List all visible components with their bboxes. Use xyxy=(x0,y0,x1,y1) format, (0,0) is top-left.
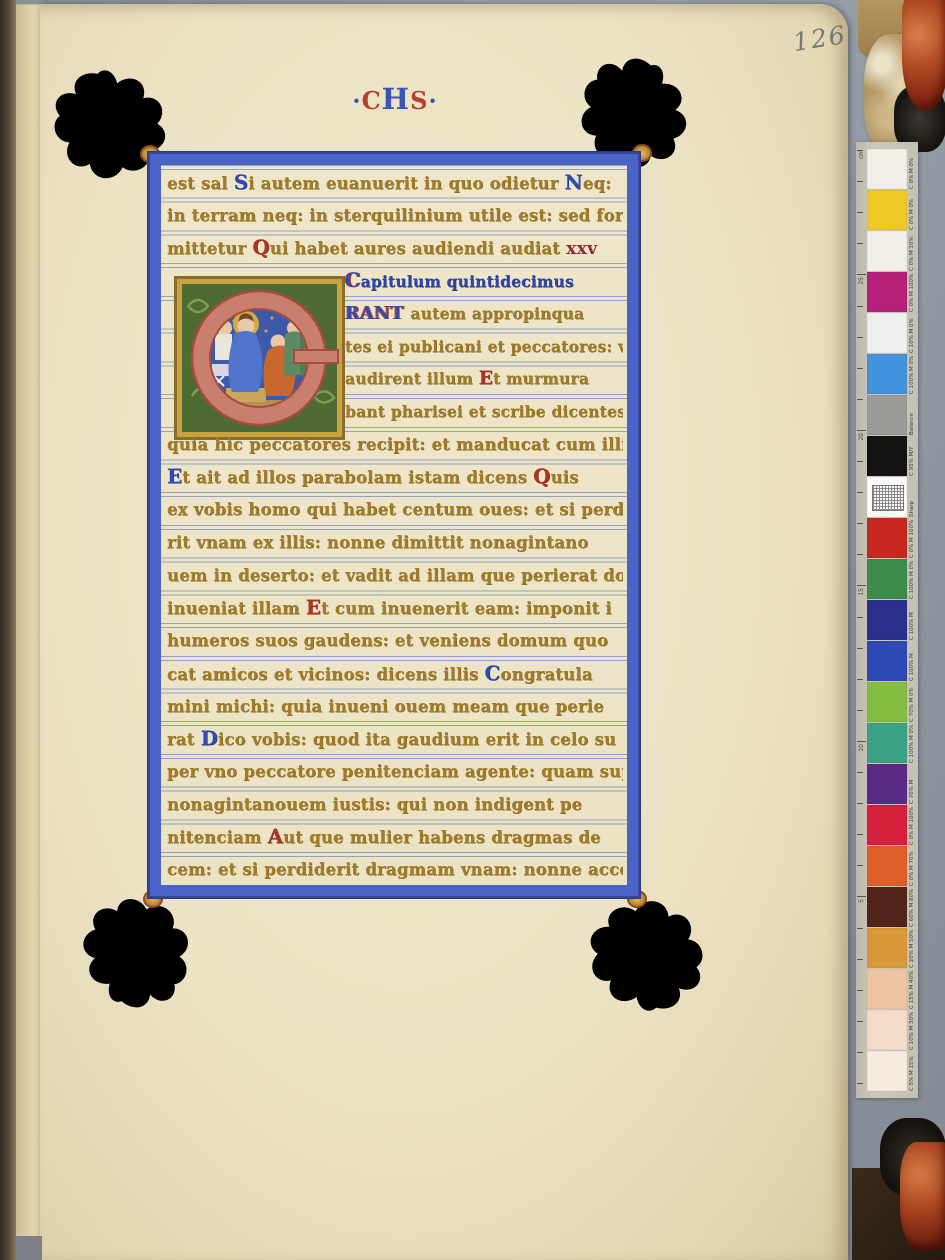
colorbar-swatch xyxy=(867,641,907,681)
manuscript-line: per vno peccatore penitenciam agente: qu… xyxy=(167,754,623,789)
text-segment: cat amicos et vicinos: dicens illis xyxy=(167,665,484,684)
colorbar-patch-row: C 95% M/Y 90% xyxy=(867,436,918,476)
ruler-tick xyxy=(857,679,863,680)
ruler-tick xyxy=(857,243,863,244)
chs-monogram: ·CHS· xyxy=(330,82,460,116)
ruler-tick xyxy=(857,150,863,151)
illuminated-initial: RANT xyxy=(345,303,410,324)
illuminated-initial: A xyxy=(268,824,284,848)
ruler-tick xyxy=(857,990,863,991)
sharpness-grid xyxy=(872,485,904,511)
manuscript-line: in terram neq: in sterquilinium utile es… xyxy=(167,198,623,233)
illuminated-initial: Q xyxy=(252,235,269,259)
illuminated-initial: E xyxy=(479,368,493,389)
colorbar-patch-label: C 0% M 0% xyxy=(908,149,918,189)
ruler-number: 15 xyxy=(858,588,865,596)
colorbar-swatch xyxy=(867,928,907,968)
ruler-number: 5 xyxy=(858,899,865,903)
colorbar-patch-row: C 5% M 15% xyxy=(867,1051,918,1091)
colorbar-swatch xyxy=(867,559,907,599)
colorbar-patch-row: C 70% M 100% xyxy=(867,764,918,804)
illuminated-initial: E xyxy=(306,595,321,619)
manuscript-line: rit vnam ex illis: nonne dimittit nonagi… xyxy=(167,525,623,560)
colorbar-patch-row: Balance xyxy=(867,395,918,435)
manuscript-line: bant pharisei et scribe dicentes: xyxy=(345,394,623,429)
ruler-tick xyxy=(857,865,863,866)
colorbar-swatch xyxy=(867,436,907,476)
colorbar-patch-label: C 100% M 0% xyxy=(908,723,918,763)
ruler-tick xyxy=(857,337,863,338)
colorbar-swatch xyxy=(867,723,907,763)
colorbar-patch-row: C 0% M 100% xyxy=(867,272,918,312)
colorbar-swatch xyxy=(867,1010,907,1050)
ruler-number: 25 xyxy=(858,277,865,285)
text-segment: nitenciam xyxy=(167,828,268,847)
text-segment: mini michi: quia inueni ouem meam que pe… xyxy=(167,697,604,716)
ruler-tick xyxy=(857,554,863,555)
illuminated-initial: C xyxy=(345,269,361,292)
colorbar-patch-label: C 0% M 70% xyxy=(908,846,918,886)
manuscript-line: RANT autem appropinqua xyxy=(345,296,623,331)
manuscript-line: Et ait ad illos parabolam istam dicens Q… xyxy=(167,459,623,494)
colorbar-patch-label: C 0% M 100% xyxy=(908,805,918,845)
ruler-tick xyxy=(857,648,863,649)
text-segment: ex vobis homo qui habet centum oues: et … xyxy=(167,500,623,519)
illuminated-initial: xxv xyxy=(566,239,597,259)
monogram-letter: · xyxy=(428,86,437,115)
colorbar-patch-label: C 100% M 100% xyxy=(908,600,918,640)
ruler-tick xyxy=(857,741,866,742)
colorbar-patch-row: C 100% M 0% xyxy=(867,559,918,599)
ruler-tick xyxy=(857,430,866,431)
monogram-letter: H xyxy=(382,82,410,116)
ruler-tick xyxy=(857,710,863,711)
colorbar-swatch xyxy=(867,1051,907,1091)
ruler-tick xyxy=(857,274,866,275)
blue-text-frame: est sal Si autem euanuerit in quo odietu… xyxy=(148,152,640,898)
text-segment: uem in deserto: et vadit ad illam que pe… xyxy=(167,566,623,585)
colorbar-swatch xyxy=(867,313,907,353)
glass-weight-top xyxy=(902,0,945,110)
colorbar-patch-row: C 20% M 50% xyxy=(867,928,918,968)
colorbar-patch-row: C 0% M 100% xyxy=(867,805,918,845)
ruler-tick xyxy=(857,896,866,897)
manuscript-line: cat amicos et vicinos: dicens illis Cong… xyxy=(167,656,623,691)
manuscript-line: nitenciam Aut que mulier habens dragmas … xyxy=(167,819,623,854)
text-segment: est sal xyxy=(167,174,234,193)
ruler-tick xyxy=(857,492,863,493)
colorbar-patch-row: C 0% M 0% xyxy=(867,190,918,230)
colorbar-swatch xyxy=(867,682,907,722)
colorbar-swatch xyxy=(867,887,907,927)
manuscript-line: uem in deserto: et vadit ad illam que pe… xyxy=(167,558,623,593)
colorbar-patch-label: C 100% M 0% xyxy=(908,559,918,599)
text-segment: uis xyxy=(551,468,579,487)
text-segment: inueniat illam xyxy=(167,599,306,618)
text-segment: ut que mulier habens dragmas de xyxy=(283,828,601,847)
ruler-tick xyxy=(857,368,863,369)
colorbar-patch-row: Sharp xyxy=(867,477,918,517)
colorbar-swatch xyxy=(867,518,907,558)
manuscript-line: mini michi: quia inueni ouem meam que pe… xyxy=(167,689,623,724)
ruler-tick xyxy=(857,772,863,773)
illuminated-initial: D xyxy=(201,726,218,750)
ruler-tick xyxy=(857,181,863,182)
manuscript-line: audirent illum Et murmura xyxy=(345,361,623,396)
colorbar-patch-label: C 100% M 0% xyxy=(908,354,918,394)
manuscript-line: inueniat illam Et cum inuenerit eam: imp… xyxy=(167,590,623,625)
colorbar-patch-label: C 15% M 40% xyxy=(908,969,918,1009)
acanthus-leaf-bottom-right xyxy=(573,885,717,1028)
colorbar-patch-label: C 70% M 0% xyxy=(908,682,918,722)
colorbar-patch-row: C 0% M 100% xyxy=(867,518,918,558)
colorbar-swatch xyxy=(867,846,907,886)
ruler-tick xyxy=(857,1083,863,1084)
colorbar-swatch xyxy=(867,805,907,845)
colorbar-swatch xyxy=(867,190,907,230)
colorbar-patch-row: C 100% M 70% xyxy=(867,641,918,681)
colorbar-patch-label: C 0% M 10% xyxy=(908,231,918,271)
colorbar-patch-row: C 10% M 30% xyxy=(867,1010,918,1050)
text-segment: t murmura xyxy=(493,369,589,388)
colorbar-patch-row: C 0% M 0% xyxy=(867,149,918,189)
manuscript-line: nonagintanouem iustis: qui non indigent … xyxy=(167,787,623,822)
text-segment: cem: et si perdiderit dragmam vnam: nonn… xyxy=(167,860,623,879)
manuscript-line: humeros suos gaudens: et veniens domum q… xyxy=(167,623,623,658)
colorbar-patch-row: C 0% M 10% xyxy=(867,231,918,271)
colorbar-patch-row: C 60% M 80% xyxy=(867,887,918,927)
manuscript-line: quia hic peccatores recipit: et manducat… xyxy=(167,427,623,462)
colorbar-swatch xyxy=(867,395,907,435)
colorbar-swatch xyxy=(867,231,907,271)
color-patches-column: C 0% M 0%C 0% M 0%C 0% M 10%C 0% M 100%C… xyxy=(867,149,918,1092)
manuscript-line: tes ei publicani et peccatores: vt xyxy=(345,329,623,364)
text-segment: ongratula xyxy=(500,665,592,684)
colorbar-patch-label: C 5% M 15% xyxy=(908,1051,918,1091)
illuminated-initial: Q xyxy=(533,464,550,488)
ruler-tick xyxy=(857,959,863,960)
text-segment: audirent illum xyxy=(345,369,479,388)
text-segment: humeros suos gaudens: et veniens domum q… xyxy=(167,631,608,650)
monogram-letter: · xyxy=(352,86,361,115)
colorbar-swatch xyxy=(867,600,907,640)
colorbar-patch-label: Sharp xyxy=(908,477,918,517)
manuscript-line: Capitulum quintidecimus xyxy=(345,263,623,298)
text-segment: nonagintanouem iustis: qui non indigent … xyxy=(167,795,582,814)
ruler-tick xyxy=(857,212,863,213)
colorbar-patch-row: C 100% M 0% xyxy=(867,723,918,763)
colorbar-patch-label: C 0% M 100% xyxy=(908,272,918,312)
colorbar-patch-label: C 10% M 30% xyxy=(908,1010,918,1050)
text-segment: quia hic peccatores recipit: et manducat… xyxy=(167,435,623,454)
ruler-tick xyxy=(857,306,863,307)
colorbar-swatch xyxy=(867,149,907,189)
colorbar-patch-row: C 100% M 100% xyxy=(867,600,918,640)
text-segment: i autem euanuerit in quo odietur xyxy=(248,174,564,193)
colorbar-patch-label: C 10% M 0% xyxy=(908,313,918,353)
ruler-tick xyxy=(857,1052,863,1053)
fabric-fold-shadow xyxy=(16,1236,42,1260)
illuminated-initial: C xyxy=(484,661,500,685)
ruler-number: 10 xyxy=(858,744,865,752)
colorbar-swatch xyxy=(867,477,907,517)
manuscript-line: cem: et si perdiderit dragmam vnam: nonn… xyxy=(167,852,623,887)
ruler-tick xyxy=(857,585,866,586)
colorbar-patch-label: C 60% M 80% xyxy=(908,887,918,927)
ruler-number: 20 xyxy=(858,433,865,441)
colorbar-patch-label: C 20% M 50% xyxy=(908,928,918,968)
ruler-tick xyxy=(857,1021,863,1022)
colorbar-patch-label: C 95% M/Y 90% xyxy=(908,436,918,476)
colorbar-swatch xyxy=(867,969,907,1009)
ruler-tick xyxy=(857,834,863,835)
illuminated-initial: N xyxy=(565,170,583,194)
colorbar-patch-label: C 70% M 100% xyxy=(908,764,918,804)
ruler-tick xyxy=(857,461,863,462)
text-segment: rit vnam ex illis: nonne dimittit nonagi… xyxy=(167,533,589,552)
text-segment: ui habet aures audiendi audiat xyxy=(270,239,566,258)
colorbar-swatch xyxy=(867,272,907,312)
illuminated-initial: S xyxy=(234,170,249,194)
text-segment: rat xyxy=(167,730,201,749)
colorbar-swatch xyxy=(867,764,907,804)
colorbar-swatch xyxy=(867,354,907,394)
monogram-letter: S xyxy=(410,86,428,115)
christ-blue-robe xyxy=(228,331,262,392)
colorbar-patch-row: C 15% M 40% xyxy=(867,969,918,1009)
colorbar-patch-row: C 100% M 0% xyxy=(867,354,918,394)
ruler-unit-label: cm xyxy=(858,150,865,159)
initial-E-crossbar xyxy=(294,350,338,363)
colorbar-patch-row: C 70% M 0% xyxy=(867,682,918,722)
ruler-tick xyxy=(857,523,863,524)
text-segment: apitulum quintidecimus xyxy=(361,272,574,291)
colorbar-patch-label: C 100% M 70% xyxy=(908,641,918,681)
illuminated-initial: E xyxy=(167,464,182,488)
text-segment: per vno peccatore penitenciam agente: qu… xyxy=(167,762,623,781)
text-segment: bant pharisei et scribe dicentes: xyxy=(345,402,623,421)
glass-weight-bottom xyxy=(900,1142,945,1250)
text-segment: t ait ad illos parabolam istam dicens xyxy=(182,468,533,487)
photograph-of-manuscript: 126 ·CHS· xyxy=(0,0,945,1260)
cm-ruler: cm252015105 xyxy=(856,150,867,1095)
ruler-tick xyxy=(857,803,863,804)
text-segment: eq: xyxy=(583,174,612,193)
manuscript-line: mittetur Qui habet aures audiendi audiat… xyxy=(167,230,623,265)
manuscript-line: ex vobis homo qui habet centum oues: et … xyxy=(167,492,623,527)
historiated-initial-E-miniature xyxy=(174,276,345,440)
color-calibration-strip: cm252015105 C 0% M 0%C 0% M 0%C 0% M 10%… xyxy=(856,142,918,1098)
colorbar-patch-label: C 0% M 100% xyxy=(908,518,918,558)
text-segment: autem appropinqua xyxy=(410,304,584,323)
text-segment: tes ei publicani et peccatores: vt xyxy=(345,337,623,356)
ruled-text-block: est sal Si autem euanuerit in quo odietu… xyxy=(161,165,627,885)
text-segment: mittetur xyxy=(167,239,252,258)
text-segment: ico vobis: quod ita gaudium erit in celo… xyxy=(218,730,616,749)
colorbar-patch-row: C 10% M 0% xyxy=(867,313,918,353)
colorbar-patch-row: C 0% M 70% xyxy=(867,846,918,886)
colorbar-patch-label: Balance xyxy=(908,395,918,435)
text-segment: in terram neq: in sterquilinium utile es… xyxy=(167,206,623,225)
book-spine-edge xyxy=(0,0,16,1260)
ruler-tick xyxy=(857,928,863,929)
ruler-tick xyxy=(857,617,863,618)
colorbar-patch-label: C 0% M 0% xyxy=(908,190,918,230)
text-segment: t cum inuenerit eam: imponit i xyxy=(321,599,612,618)
manuscript-line: est sal Si autem euanuerit in quo odietu… xyxy=(167,165,623,200)
manuscript-line: rat Dico vobis: quod ita gaudium erit in… xyxy=(167,721,623,756)
monogram-letter: C xyxy=(362,86,382,115)
ruler-tick xyxy=(857,399,863,400)
